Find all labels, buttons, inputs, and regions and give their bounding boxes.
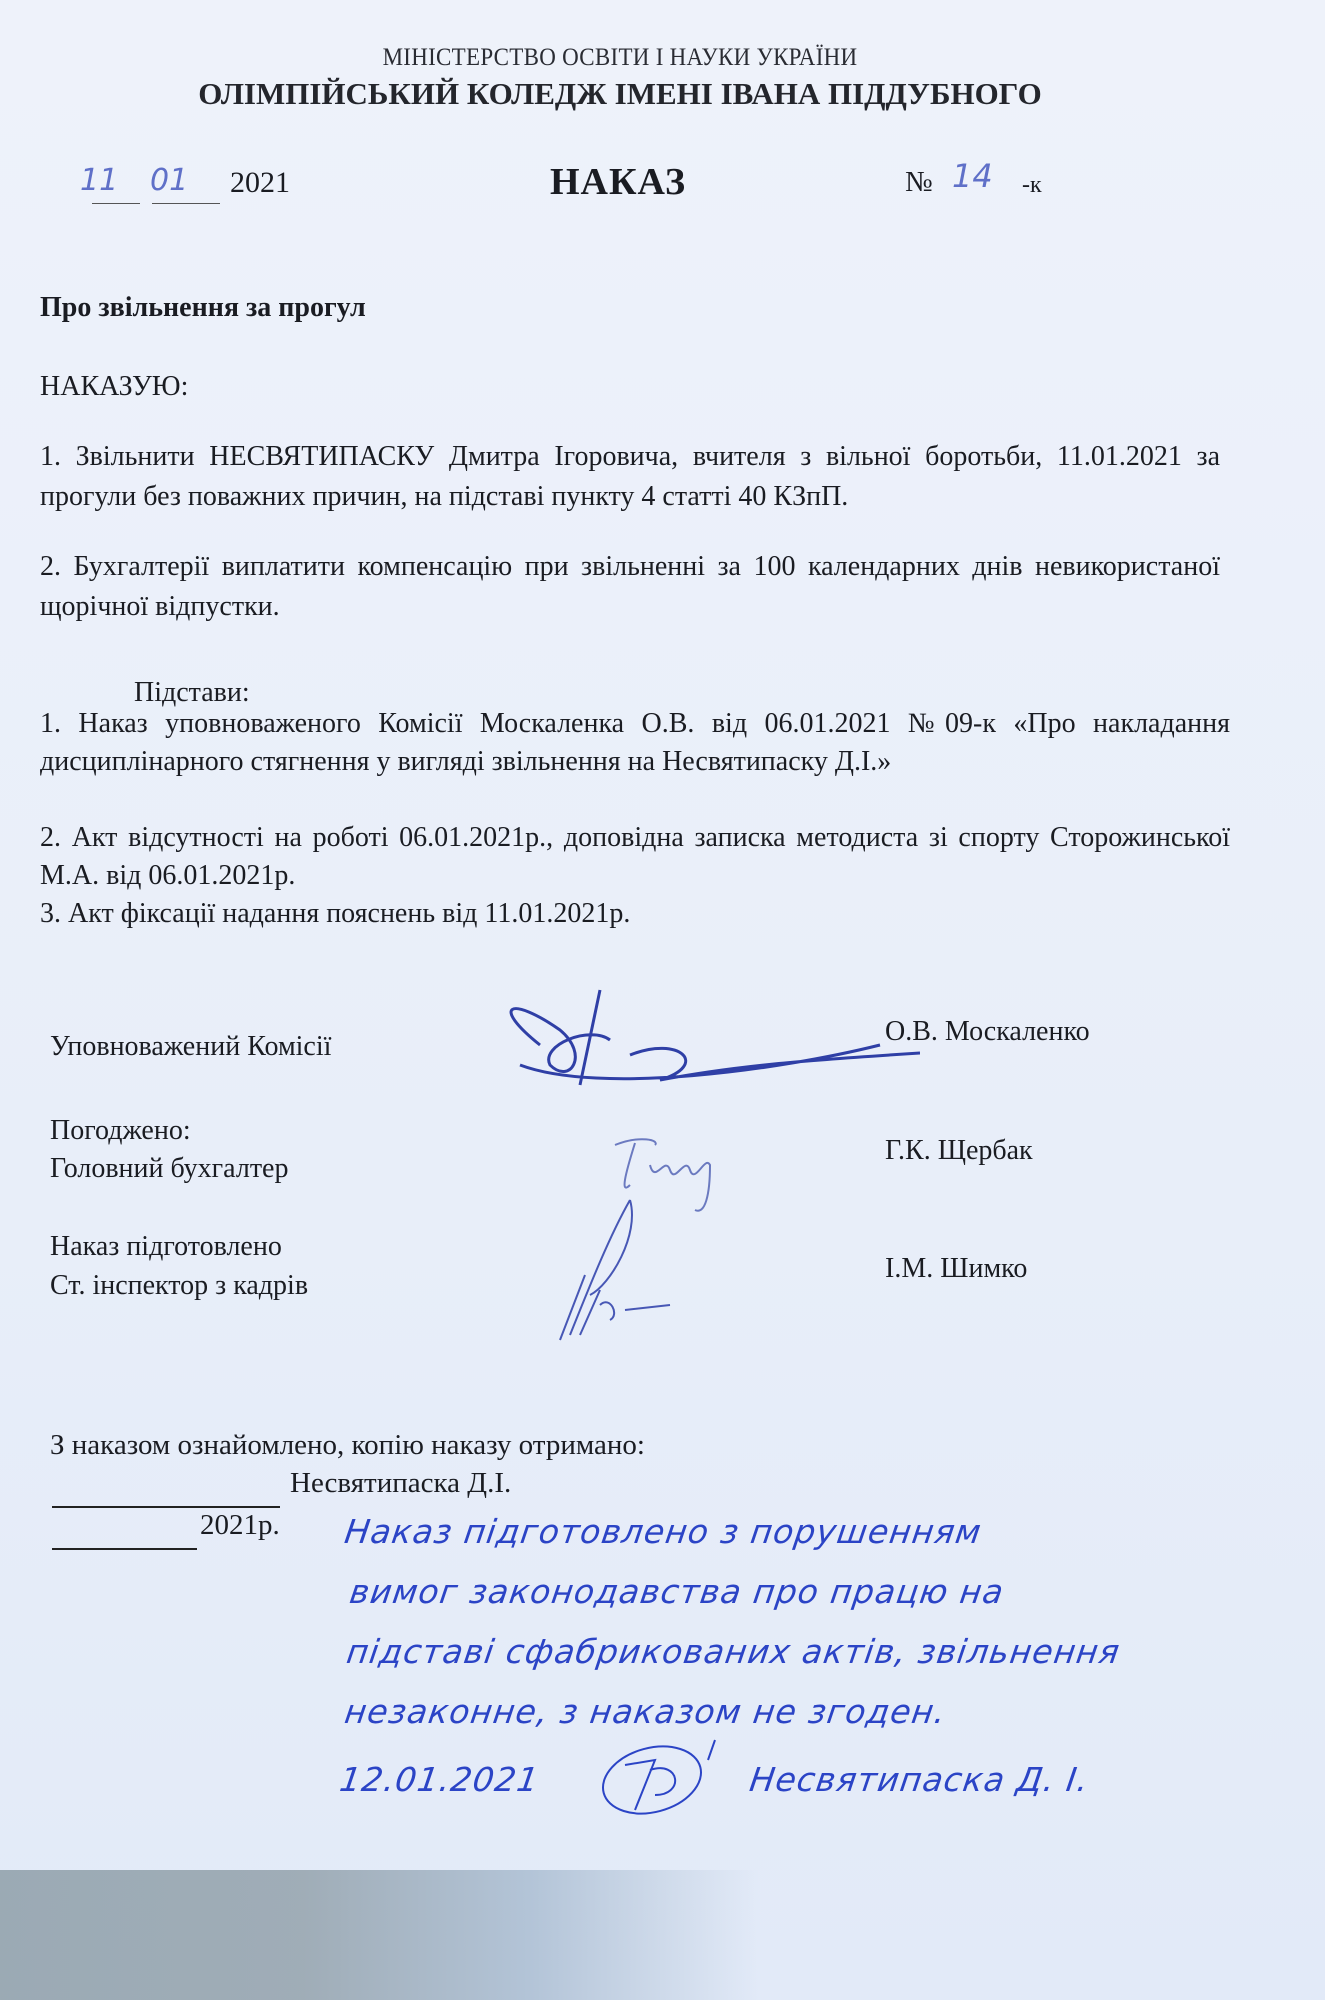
grounds-item-1: 1. Наказ уповноваженого Комісії Москален… <box>40 705 1230 781</box>
order-document: МІНІСТЕРСТВО ОСВІТИ І НАУКИ УКРАЇНИ ОЛІМ… <box>0 0 1325 2000</box>
signature-name-shymko: І.М. Шимко <box>885 1253 1027 1285</box>
number-suffix: -к <box>1022 172 1042 199</box>
signature-role-hr-inspector: Ст. інспектор з кадрів <box>50 1267 308 1305</box>
handwritten-note-date: 12.01.2021 <box>337 1760 541 1799</box>
signature-name-shcherbak: Г.К. Щербак <box>885 1135 1033 1167</box>
order-number: 14 <box>952 157 993 195</box>
date-day-underline <box>92 203 140 204</box>
signature-role-commission: Уповноважений Комісії <box>50 1028 331 1066</box>
order-item-2: 2. Бухгалтерії виплатити компенсацію при… <box>40 547 1220 627</box>
date-day: 11 <box>80 163 118 198</box>
acknowledgement-name: Несвятипаска Д.І. <box>290 1467 511 1500</box>
signature-moskalenko-icon <box>480 985 920 1105</box>
grounds-item-2: 2. Акт відсутності на роботі 06.01.2021р… <box>40 819 1230 895</box>
acknowledgement-text: З наказом ознайомлено, копію наказу отри… <box>50 1429 645 1462</box>
date-year: 2021 <box>230 166 290 200</box>
handwritten-note-signer: Несвятипаска Д. І. <box>747 1760 1091 1799</box>
order-subject: Про звільнення за прогул <box>40 292 366 324</box>
college-heading: ОЛІМПІЙСЬКИЙ КОЛЕДЖ ІМЕНІ ІВАНА ПІДДУБНО… <box>0 76 1240 112</box>
acknowledgement-year: 2021р. <box>200 1509 280 1542</box>
document-title: НАКАЗ <box>550 160 686 204</box>
order-item-1: 1. Звільнити НЕСВЯТИПАСКУ Дмитра Ігорови… <box>40 437 1220 517</box>
signature-blank-line <box>52 1506 280 1508</box>
handwritten-note-line-2: вимог законодавства про працю на <box>347 1572 1006 1611</box>
page-shadow <box>0 1870 760 2000</box>
signature-shymko-icon <box>530 1195 680 1345</box>
handwritten-note-line-1: Наказ підготовлено з порушенням <box>342 1512 984 1551</box>
date-blank-line <box>52 1548 197 1550</box>
handwritten-note-line-3: підставі сфабрикованих актів, звільнення <box>344 1632 1122 1671</box>
signature-role-prepared: Наказ підготовлено <box>50 1228 282 1266</box>
ministry-heading: МІНІСТЕРСТВО ОСВІТИ І НАУКИ УКРАЇНИ <box>50 44 1191 72</box>
signature-nesvyatypaska-icon <box>590 1735 730 1825</box>
signature-role-chief-accountant: Головний бухгалтер <box>50 1150 288 1188</box>
directive-heading: НАКАЗУЮ: <box>40 371 188 403</box>
number-sign: № <box>905 166 933 199</box>
grounds-item-3: 3. Акт фіксації надання пояснень від 11.… <box>40 895 1230 933</box>
handwritten-note-line-4: незаконне, з наказом не згоден. <box>342 1692 948 1731</box>
date-month-underline <box>152 203 220 204</box>
date-month: 01 <box>150 163 188 198</box>
signature-role-agreed: Погоджено: <box>50 1112 191 1150</box>
